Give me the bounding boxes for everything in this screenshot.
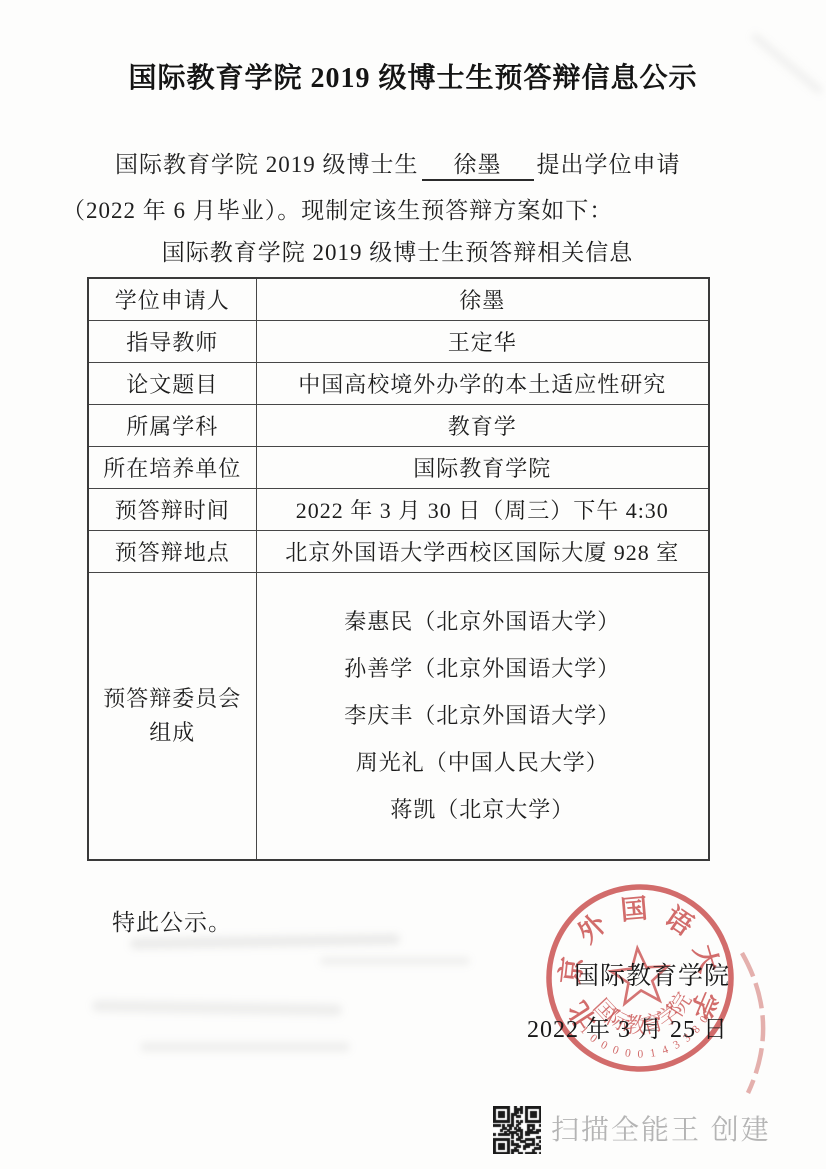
table-value-cell: 教育学	[256, 404, 709, 446]
svg-text:4: 4	[660, 1044, 670, 1057]
table-label-cell: 所在培养单位	[88, 446, 256, 488]
table-label-cell: 论文题目	[88, 362, 256, 404]
table-row: 指导教师王定华	[88, 320, 709, 362]
svg-text:语: 语	[659, 901, 698, 941]
scan-artifact	[140, 1042, 350, 1052]
announcement-line1: 国际教育学院 2019 级博士生徐墨提出学位申请	[115, 146, 681, 181]
table-value-cell: 国际教育学院	[256, 446, 709, 488]
page-title: 国际教育学院 2019 级博士生预答辩信息公示	[0, 56, 826, 96]
line1-suffix: 提出学位申请	[537, 152, 681, 177]
committee-members-cell: 秦惠民（北京外国语大学）孙善学（北京外国语大学）李庆丰（北京外国语大学）周光礼（…	[256, 572, 709, 860]
scanned-document-page: 国际教育学院 2019 级博士生预答辩信息公示 国际教育学院 2019 级博士生…	[0, 0, 826, 1169]
svg-text:0: 0	[637, 1049, 643, 1061]
svg-text:国: 国	[619, 893, 649, 925]
svg-text:外: 外	[572, 908, 613, 949]
svg-text:0: 0	[624, 1047, 632, 1060]
committee-member: 秦惠民（北京外国语大学）	[257, 598, 709, 645]
table-caption: 国际教育学院 2019 级博士生预答辩相关信息	[87, 234, 708, 267]
table-label-cell: 指导教师	[88, 320, 256, 362]
table-row: 预答辩时间2022 年 3 月 30 日（周三）下午 4:30	[88, 488, 709, 530]
committee-label-line2: 组成	[89, 716, 256, 750]
scanner-credit-label: 扫描全能王 创建	[551, 1108, 771, 1148]
table-label-cell: 学位申请人	[88, 278, 256, 320]
table-value-cell: 王定华	[256, 320, 709, 362]
committee-label-cell: 预答辩委员会组成	[88, 572, 256, 860]
table-row: 论文题目中国高校境外办学的本土适应性研究	[88, 362, 709, 404]
qr-code-icon	[493, 1106, 541, 1154]
scan-artifact	[320, 957, 470, 965]
signature-unit: 国际教育学院	[574, 956, 730, 992]
table-row-committee: 预答辩委员会组成秦惠民（北京外国语大学）孙善学（北京外国语大学）李庆丰（北京外国…	[88, 572, 709, 860]
announcement-line2: （2022 年 6 月毕业）。现制定该生预答辩方案如下：	[62, 192, 613, 225]
committee-member: 周光礼（中国人民大学）	[257, 739, 709, 786]
scan-artifact	[92, 1000, 342, 1016]
table-label-cell: 所属学科	[88, 404, 256, 446]
table-label-cell: 预答辩地点	[88, 530, 256, 572]
table-value-cell: 徐墨	[256, 278, 709, 320]
table-row: 所属学科教育学	[88, 404, 709, 446]
table-value-cell: 北京外国语大学西校区国际大厦 928 室	[256, 530, 709, 572]
closing-statement: 特此公示。	[112, 904, 232, 937]
committee-member: 李庆丰（北京外国语大学）	[257, 692, 709, 739]
info-table-body: 学位申请人徐墨指导教师王定华论文题目中国高校境外办学的本土适应性研究所属学科教育…	[88, 278, 709, 860]
line1-prefix: 国际教育学院 2019 级博士生	[115, 152, 419, 177]
student-name-underline: 徐墨	[422, 146, 534, 181]
table-label-cell: 预答辩时间	[88, 488, 256, 530]
svg-text:1: 1	[649, 1047, 657, 1060]
table-row: 所在培养单位国际教育学院	[88, 446, 709, 488]
signature-date: 2022 年 3 月 25 日	[527, 1009, 728, 1044]
table-value-cell: 中国高校境外办学的本土适应性研究	[256, 362, 709, 404]
committee-label-line1: 预答辩委员会	[89, 682, 256, 716]
stamp-fragment-arc	[742, 953, 763, 1093]
table-row: 预答辩地点北京外国语大学西校区国际大厦 928 室	[88, 530, 709, 572]
committee-member: 孙善学（北京外国语大学）	[257, 645, 709, 692]
svg-text:0: 0	[611, 1044, 621, 1057]
table-value-cell: 2022 年 3 月 30 日（周三）下午 4:30	[256, 488, 709, 530]
table-row: 学位申请人徐墨	[88, 278, 709, 320]
committee-member: 蒋凯（北京大学）	[257, 786, 709, 833]
pre-defense-info-table: 学位申请人徐墨指导教师王定华论文题目中国高校境外办学的本土适应性研究所属学科教育…	[87, 277, 710, 861]
